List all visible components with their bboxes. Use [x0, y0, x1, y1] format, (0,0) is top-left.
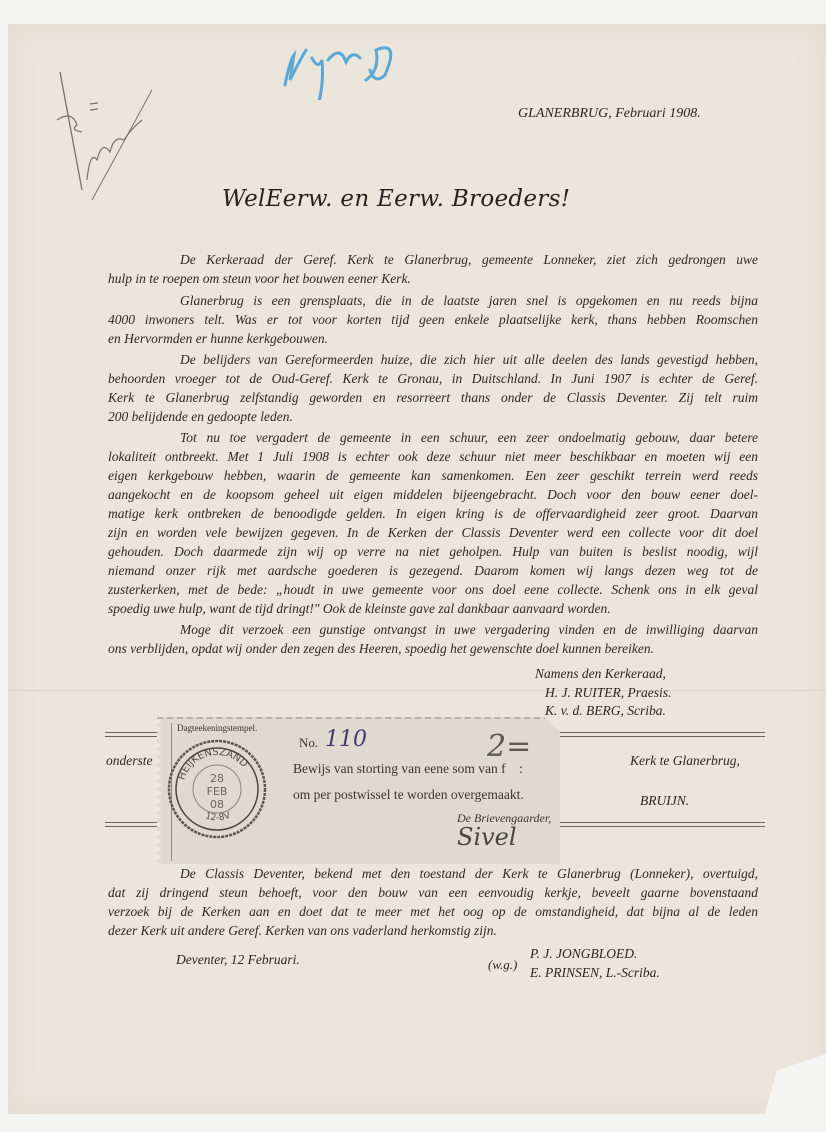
signature-intro: Namens den Kerkeraad,	[535, 666, 666, 682]
body-line: zusterkerken, met de bede: „houdt in uwe…	[108, 582, 758, 598]
body-line: Glanerbrug is een grensplaats, die in de…	[180, 293, 758, 309]
body-line: niemand onzer rijk met aardsche goederen…	[108, 563, 758, 579]
body-line: Tot nu toe vergadert de gemeente in een …	[180, 430, 758, 446]
receipt-line-amount: Bewijs van storting van eene som van f	[293, 761, 506, 777]
stamp-label: Dagteekeningstempel.	[177, 723, 257, 733]
body-line: hulp in te roepen om steun voor het bouw…	[108, 271, 758, 287]
body-line: 4000 inwoners telt. Was er tot voor kort…	[108, 312, 758, 328]
body-line: Kerk te Glanerbrug zelfstandig geworden …	[108, 390, 758, 406]
svg-text:28: 28	[210, 772, 224, 785]
body-line: aangekocht en de koopsom geheel uit eige…	[108, 487, 758, 503]
body-line: gehouden. Doch daarmede zijn wij op verr…	[108, 544, 758, 560]
endorsement-fragment-left: onderste	[106, 753, 153, 769]
postal-receipt-stub: Dagteekeningstempel. 28 FEB 08 HEIJKENSZ…	[157, 717, 560, 864]
endorsement-fragment-right: Kerk te Glanerbrug,	[630, 753, 740, 769]
divider-rule	[105, 732, 165, 737]
divider-rule	[555, 732, 765, 737]
divider-rule	[555, 822, 765, 827]
signature-praesis: H. J. RUITER, Praesis.	[545, 685, 671, 701]
letter-dateline: GLANERBRUG, Februari 1908.	[518, 106, 701, 122]
receipt-amount-handwritten: 2=	[487, 729, 531, 764]
classis-line: De Classis Deventer, bekend met den toes…	[180, 866, 758, 882]
classis-line: dat zij dringend steun behoeft, voor den…	[108, 885, 758, 901]
classis-line: verzoek bij de Kerken aan en doet dat te…	[108, 904, 758, 920]
paper-fold-crease	[8, 690, 826, 692]
letter-salutation: WelEerw. en Eerw. Broeders!	[222, 186, 570, 212]
divider-rule	[105, 822, 165, 827]
svg-text:FEB: FEB	[207, 785, 228, 798]
signature-scriba: K. v. d. BERG, Scriba.	[545, 703, 666, 719]
body-line: en Hervormden er hunne kerkgebouwen.	[108, 331, 758, 347]
body-line: spoedig uwe hulp, want de tijd dringt!" …	[108, 601, 758, 617]
classis-place-date: Deventer, 12 Februari.	[176, 952, 300, 968]
classis-wg: (w.g.)	[488, 957, 517, 973]
postmark-stamp-icon: 28 FEB 08 HEIJKENSZAND 12-8V	[165, 737, 269, 841]
body-line: ons verblijden, opdat wij onder den zege…	[108, 641, 758, 657]
body-line: zijn en worden vele bewijzen gegeven. In…	[108, 525, 758, 541]
svg-text:08: 08	[210, 798, 224, 811]
body-line: lokaliteit ontbreekt. Met 1 Juli 1908 is…	[108, 449, 758, 465]
body-line: De Kerkeraad der Geref. Kerk te Glanerbr…	[180, 252, 758, 268]
body-line: De belijders van Gereformeerden huize, d…	[180, 352, 758, 368]
body-line: 200 belijdende en gedoopte leden.	[108, 409, 758, 425]
body-line: matige kerk ontbreken de benoodigde geld…	[108, 506, 758, 522]
body-line: behoorden vroeger tot de Oud-Geref. Kerk…	[108, 371, 758, 387]
receipt-number-label: No.	[299, 735, 318, 751]
classis-signer-1: P. J. JONGBLOED.	[530, 946, 637, 962]
receipt-signature: Sivel	[457, 823, 517, 851]
classis-line: dezer Kerk uit andere Geref. Kerken van …	[108, 923, 758, 939]
endorsement-name: BRUIJN.	[640, 793, 689, 809]
body-line: eigen kerkgebouw hebben, waarin de gemee…	[108, 468, 758, 484]
receipt-line-postwissel: om per postwissel te worden overgemaakt.	[293, 787, 524, 803]
pencil-annotation-icon	[52, 70, 152, 200]
body-line: Moge dit verzoek een gunstige ontvangst …	[180, 622, 758, 638]
receipt-number-value: 110	[325, 727, 367, 752]
blue-crayon-annotation-icon	[280, 30, 430, 100]
classis-signer-2: E. PRINSEN, L.-Scriba.	[530, 965, 660, 981]
